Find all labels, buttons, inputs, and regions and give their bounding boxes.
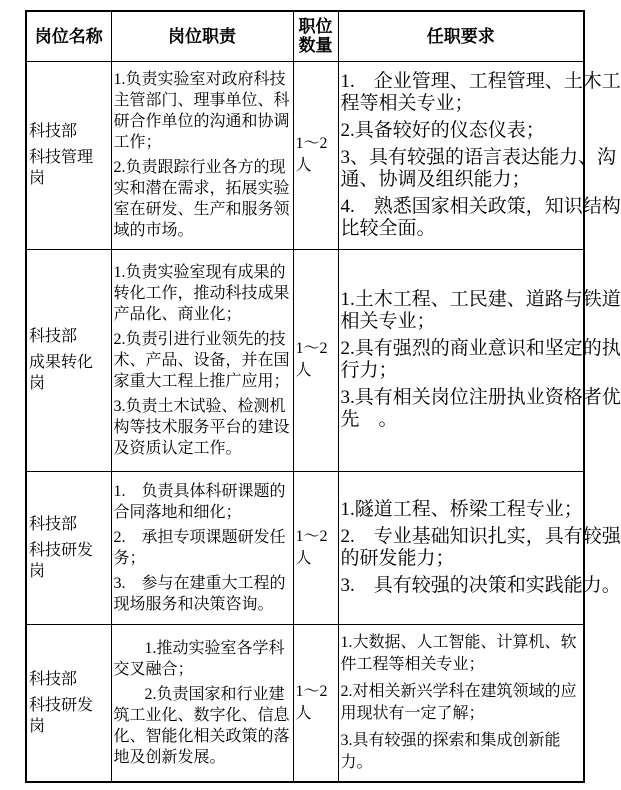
duty-item: 2.负责跟踪行业各方的现实和潜在需求，拓展实验室在研发、生产和服务领域的市场。 <box>114 157 291 241</box>
header-position-duties: 岗位职责 <box>111 11 293 61</box>
duties-cell: 1.推动实验室各学科交叉融合； 2.负责国家和行业建筑工业化、数字化、信息化、智… <box>111 624 293 782</box>
dept-label: 科技部 <box>29 326 109 347</box>
table-row: 科技部 科技管理岗 1.负责实验室对政府科技主管部门、理事单位、科研合作单位的沟… <box>26 61 584 249</box>
duty-item: 2.负责国家和行业建筑工业化、数字化、信息化、智能化相关政策的落地及创新发展。 <box>114 684 291 768</box>
duties-cell: 1.负责实验室现有成果的转化工作，推动科技成果产品化、商业化； 2.负责引进行业… <box>111 249 293 471</box>
duty-item: 1. 负责具体科研课题的合同落地和细化； <box>114 481 291 523</box>
duty-item: 1.推动实验室各学科交叉融合； <box>114 638 291 680</box>
requirements-cell: 1.隧道工程、桥梁工程专业； 2. 专业基础知识扎实，具有较强的研发能力； 3.… <box>338 471 584 624</box>
post-label: 科技研发岗 <box>29 695 109 737</box>
count-cell: 1～2人 <box>293 249 338 471</box>
requirement-item: 1.大数据、人工智能、计算机、软件工程等相关专业； <box>341 632 582 676</box>
position-name-cell: 科技部 科技研发岗 <box>26 624 111 782</box>
duty-item: 2.负责引进行业领先的技术、产品、设备，并在国家重大工程上推广应用； <box>114 329 291 392</box>
position-name-cell: 科技部 科技管理岗 <box>26 61 111 249</box>
duty-item: 3.负责土木试验、检测机构等技术服务平台的建设及资质认定工作。 <box>114 396 291 459</box>
document-page: 岗位名称 岗位职责 职位数量 任职要求 科技部 科技管理岗 1.负责实验室对政府… <box>0 0 621 790</box>
table-row: 科技部 科技研发岗 1. 负责具体科研课题的合同落地和细化； 2. 承担专项课题… <box>26 471 584 624</box>
duty-item: 2. 承担专项课题研发任务； <box>114 527 291 569</box>
duties-cell: 1.负责实验室对政府科技主管部门、理事单位、科研合作单位的沟通和协调工作； 2.… <box>111 61 293 249</box>
duties-cell: 1. 负责具体科研课题的合同落地和细化； 2. 承担专项课题研发任务； 3. 参… <box>111 471 293 624</box>
requirement-item: 2.对相关新兴学科在建筑领域的应用现状有一定了解； <box>341 681 582 725</box>
duty-item: 3. 参与在建重大工程的现场服务和决策咨询。 <box>114 573 291 615</box>
header-row: 岗位名称 岗位职责 职位数量 任职要求 <box>26 11 584 61</box>
post-label: 科技研发岗 <box>29 540 109 582</box>
requirements-cell: 1. 企业管理、工程管理、土木工程等相关专业； 2.具备较好的仪态仪表； 3、具… <box>338 61 584 249</box>
requirements-cell: 1.大数据、人工智能、计算机、软件工程等相关专业； 2.对相关新兴学科在建筑领域… <box>338 624 584 782</box>
requirements-text-block: 1.隧道工程、桥梁工程专业； 2. 专业基础知识扎实，具有较强的研发能力； 3.… <box>341 499 621 597</box>
requirement-item: 4. 熟悉国家相关政策，知识结构比较全面。 <box>341 196 621 240</box>
table-row: 科技部 科技研发岗 1.推动实验室各学科交叉融合； 2.负责国家和行业建筑工业化… <box>26 624 584 782</box>
dept-label: 科技部 <box>29 669 109 690</box>
requirement-item: 2.具有强烈的商业意识和坚定的执行力； <box>341 338 621 382</box>
count-cell: 1～2人 <box>293 61 338 249</box>
requirement-item: 3.具有相关岗位注册执业资格者优先 。 <box>341 387 621 431</box>
count-cell: 1～2人 <box>293 624 338 782</box>
count-cell: 1～2人 <box>293 471 338 624</box>
duty-item: 1.负责实验室对政府科技主管部门、理事单位、科研合作单位的沟通和协调工作； <box>114 69 291 153</box>
dept-label: 科技部 <box>29 121 109 142</box>
position-name-cell: 科技部 成果转化岗 <box>26 249 111 471</box>
requirement-item: 3、具有较强的语言表达能力、沟通、协调及组织能力； <box>341 147 621 191</box>
requirements-text-block: 1.土木工程、工民建、道路与铁道相关专业； 2.具有强烈的商业意识和坚定的执行力… <box>341 289 621 431</box>
post-label: 成果转化岗 <box>29 352 109 394</box>
requirement-item: 3. 具有较强的决策和实践能力。 <box>341 575 621 597</box>
dept-label: 科技部 <box>29 514 109 535</box>
post-label: 科技管理岗 <box>29 147 109 189</box>
header-position-requirements: 任职要求 <box>338 11 584 61</box>
requirement-item: 2.具备较好的仪态仪表； <box>341 120 621 142</box>
job-positions-table: 岗位名称 岗位职责 职位数量 任职要求 科技部 科技管理岗 1.负责实验室对政府… <box>25 10 585 783</box>
requirement-item: 3.具有较强的探索和集成创新能力。 <box>341 730 582 774</box>
requirement-item: 1. 企业管理、工程管理、土木工程等相关专业； <box>341 71 621 115</box>
requirement-item: 1.土木工程、工民建、道路与铁道相关专业； <box>341 289 621 333</box>
table-row: 科技部 成果转化岗 1.负责实验室现有成果的转化工作，推动科技成果产品化、商业化… <box>26 249 584 471</box>
duty-item: 1.负责实验室现有成果的转化工作，推动科技成果产品化、商业化； <box>114 262 291 325</box>
requirements-text-block: 1. 企业管理、工程管理、土木工程等相关专业； 2.具备较好的仪态仪表； 3、具… <box>341 71 621 240</box>
requirement-item: 2. 专业基础知识扎实，具有较强的研发能力； <box>341 526 621 570</box>
header-position-name: 岗位名称 <box>26 11 111 61</box>
requirement-item: 1.隧道工程、桥梁工程专业； <box>341 499 621 521</box>
header-position-count: 职位数量 <box>293 11 338 61</box>
position-name-cell: 科技部 科技研发岗 <box>26 471 111 624</box>
requirements-cell: 1.土木工程、工民建、道路与铁道相关专业； 2.具有强烈的商业意识和坚定的执行力… <box>338 249 584 471</box>
